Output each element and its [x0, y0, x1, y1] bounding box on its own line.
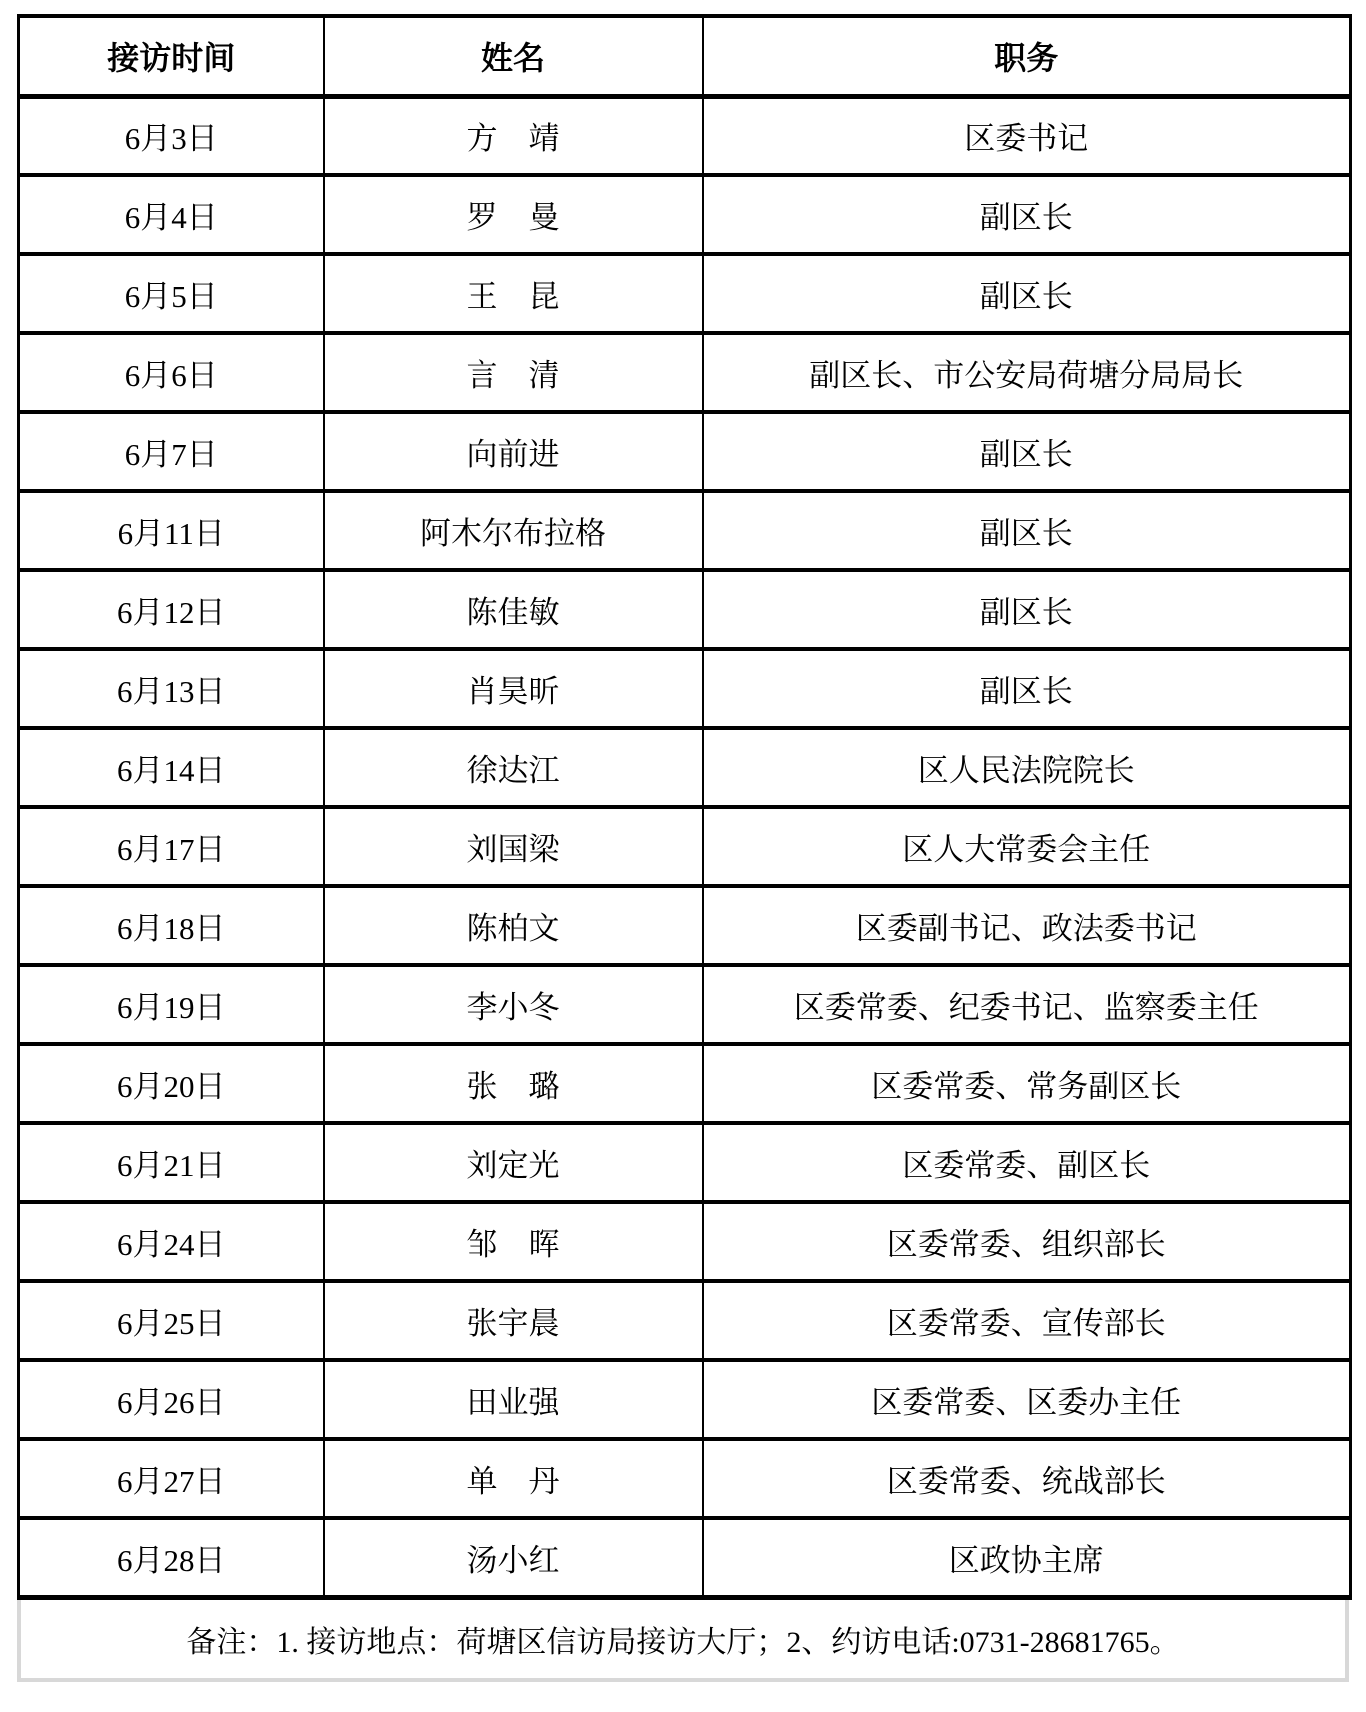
- cell-name: 阿木尔布拉格: [324, 491, 703, 570]
- cell-date: 6月19日: [19, 965, 324, 1044]
- table-row: 6月20日 张 璐 区委常委、常务副区长: [19, 1044, 1351, 1123]
- table-row: 6月3日 方 靖 区委书记: [19, 96, 1351, 175]
- cell-date: 6月13日: [19, 649, 324, 728]
- table-row: 6月5日 王 昆 副区长: [19, 254, 1351, 333]
- cell-date: 6月6日: [19, 333, 324, 412]
- cell-date: 6月5日: [19, 254, 324, 333]
- cell-position: 副区长: [703, 175, 1351, 254]
- table-row: 6月28日 汤小红 区政协主席: [19, 1518, 1351, 1597]
- cell-position: 区委常委、区委办主任: [703, 1360, 1351, 1439]
- table-row: 6月25日 张宇晨 区委常委、宣传部长: [19, 1281, 1351, 1360]
- cell-position: 区人大常委会主任: [703, 807, 1351, 886]
- table-footnote: 备注：1. 接访地点：荷塘区信访局接访大厅；2、约访电话:0731-286817…: [17, 1600, 1349, 1682]
- cell-name: 方 靖: [324, 96, 703, 175]
- cell-position: 副区长、市公安局荷塘分局局长: [703, 333, 1351, 412]
- cell-date: 6月27日: [19, 1439, 324, 1518]
- table-row: 6月26日 田业强 区委常委、区委办主任: [19, 1360, 1351, 1439]
- table-row: 6月14日 徐达江 区人民法院院长: [19, 728, 1351, 807]
- cell-name: 王 昆: [324, 254, 703, 333]
- cell-date: 6月3日: [19, 96, 324, 175]
- table-row: 6月12日 陈佳敏 副区长: [19, 570, 1351, 649]
- cell-date: 6月21日: [19, 1123, 324, 1202]
- cell-date: 6月28日: [19, 1518, 324, 1597]
- reception-schedule-table: 接访时间 姓名 职务 6月3日 方 靖 区委书记 6月4日 罗 曼 副区长 6月…: [17, 14, 1352, 1600]
- cell-position: 副区长: [703, 491, 1351, 570]
- cell-position: 副区长: [703, 570, 1351, 649]
- cell-date: 6月24日: [19, 1202, 324, 1281]
- cell-name: 向前进: [324, 412, 703, 491]
- cell-position: 区委常委、组织部长: [703, 1202, 1351, 1281]
- cell-name: 肖昊昕: [324, 649, 703, 728]
- cell-position: 副区长: [703, 649, 1351, 728]
- cell-name: 刘国梁: [324, 807, 703, 886]
- cell-date: 6月4日: [19, 175, 324, 254]
- column-header-position: 职务: [703, 16, 1351, 96]
- cell-name: 李小冬: [324, 965, 703, 1044]
- table-row: 6月4日 罗 曼 副区长: [19, 175, 1351, 254]
- cell-date: 6月7日: [19, 412, 324, 491]
- cell-name: 邹 晖: [324, 1202, 703, 1281]
- cell-position: 区委常委、统战部长: [703, 1439, 1351, 1518]
- footnote-text: 备注：1. 接访地点：荷塘区信访局接访大厅；2、约访电话:0731-286817…: [186, 1617, 1179, 1661]
- cell-position: 区委常委、宣传部长: [703, 1281, 1351, 1360]
- table-header-row: 接访时间 姓名 职务: [19, 16, 1351, 96]
- cell-name: 田业强: [324, 1360, 703, 1439]
- cell-position: 区委常委、纪委书记、监察委主任: [703, 965, 1351, 1044]
- cell-date: 6月12日: [19, 570, 324, 649]
- table-row: 6月24日 邹 晖 区委常委、组织部长: [19, 1202, 1351, 1281]
- table-row: 6月11日 阿木尔布拉格 副区长: [19, 491, 1351, 570]
- cell-name: 罗 曼: [324, 175, 703, 254]
- cell-name: 言 清: [324, 333, 703, 412]
- cell-date: 6月20日: [19, 1044, 324, 1123]
- cell-position: 副区长: [703, 254, 1351, 333]
- cell-date: 6月26日: [19, 1360, 324, 1439]
- table-row: 6月21日 刘定光 区委常委、副区长: [19, 1123, 1351, 1202]
- cell-date: 6月14日: [19, 728, 324, 807]
- cell-date: 6月11日: [19, 491, 324, 570]
- table-row: 6月27日 单 丹 区委常委、统战部长: [19, 1439, 1351, 1518]
- cell-name: 单 丹: [324, 1439, 703, 1518]
- column-header-name: 姓名: [324, 16, 703, 96]
- table-row: 6月13日 肖昊昕 副区长: [19, 649, 1351, 728]
- cell-position: 区委常委、常务副区长: [703, 1044, 1351, 1123]
- cell-name: 陈柏文: [324, 886, 703, 965]
- table-row: 6月6日 言 清 副区长、市公安局荷塘分局局长: [19, 333, 1351, 412]
- table-body: 6月3日 方 靖 区委书记 6月4日 罗 曼 副区长 6月5日 王 昆 副区长 …: [19, 96, 1351, 1597]
- cell-name: 张 璐: [324, 1044, 703, 1123]
- cell-position: 副区长: [703, 412, 1351, 491]
- cell-date: 6月18日: [19, 886, 324, 965]
- table-row: 6月18日 陈柏文 区委副书记、政法委书记: [19, 886, 1351, 965]
- table-row: 6月17日 刘国梁 区人大常委会主任: [19, 807, 1351, 886]
- column-header-time: 接访时间: [19, 16, 324, 96]
- cell-name: 徐达江: [324, 728, 703, 807]
- cell-position: 区人民法院院长: [703, 728, 1351, 807]
- cell-position: 区委书记: [703, 96, 1351, 175]
- cell-name: 汤小红: [324, 1518, 703, 1597]
- document-page: 接访时间 姓名 职务 6月3日 方 靖 区委书记 6月4日 罗 曼 副区长 6月…: [17, 14, 1349, 1682]
- cell-date: 6月25日: [19, 1281, 324, 1360]
- cell-position: 区委常委、副区长: [703, 1123, 1351, 1202]
- table-row: 6月19日 李小冬 区委常委、纪委书记、监察委主任: [19, 965, 1351, 1044]
- cell-position: 区委副书记、政法委书记: [703, 886, 1351, 965]
- cell-position: 区政协主席: [703, 1518, 1351, 1597]
- table-row: 6月7日 向前进 副区长: [19, 412, 1351, 491]
- cell-name: 张宇晨: [324, 1281, 703, 1360]
- cell-date: 6月17日: [19, 807, 324, 886]
- cell-name: 刘定光: [324, 1123, 703, 1202]
- cell-name: 陈佳敏: [324, 570, 703, 649]
